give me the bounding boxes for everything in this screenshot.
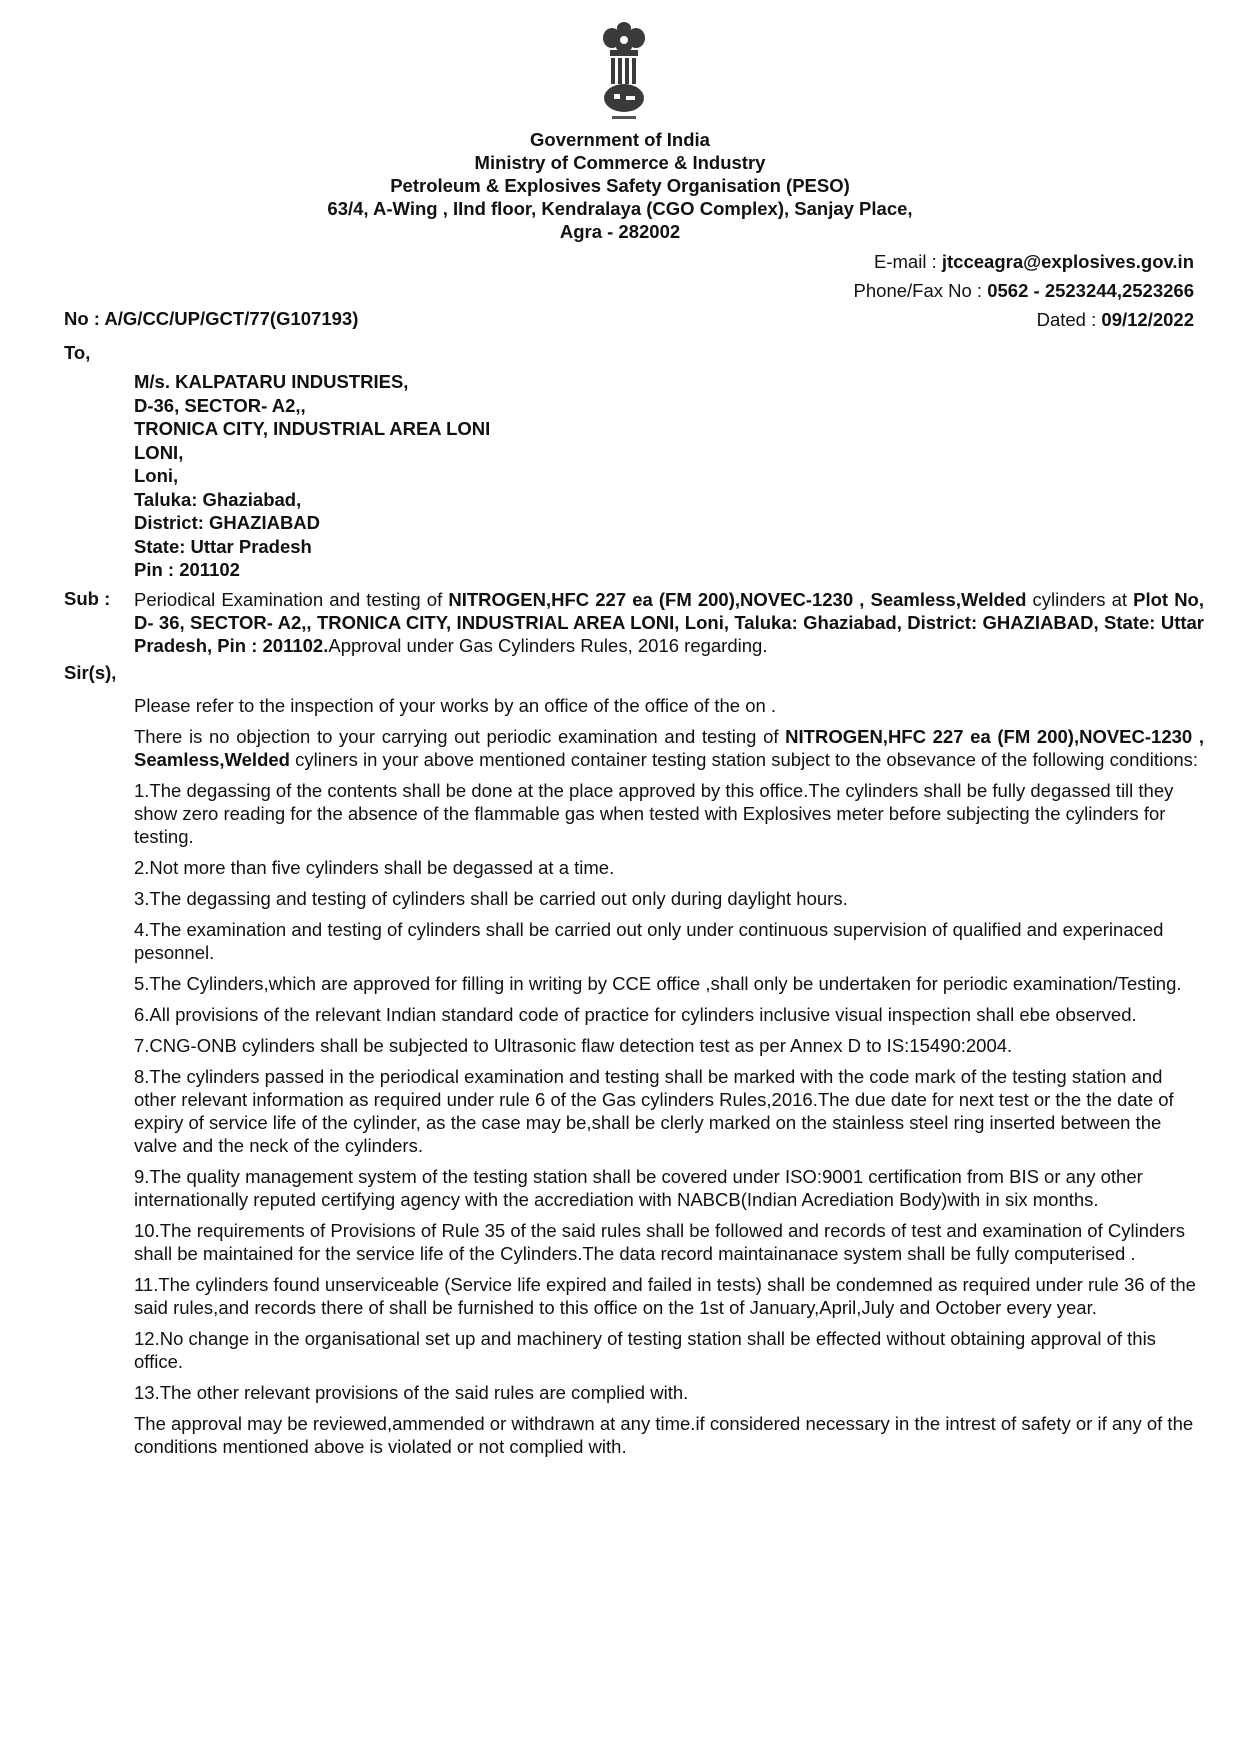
salutation: Sir(s), — [64, 662, 116, 684]
email-label: E-mail : — [874, 251, 942, 272]
condition-item: 10.The requirements of Provisions of Rul… — [134, 1219, 1204, 1265]
email-address[interactable]: jtcceagra@explosives.gov.in — [942, 251, 1194, 272]
phone-label: Phone/Fax No : — [854, 280, 988, 301]
reference-number: No : A/G/CC/UP/GCT/77(G107193) — [64, 308, 358, 330]
letter-body: Please refer to the inspection of your w… — [134, 694, 1204, 1466]
addressee-line: District: GHAZIABAD — [134, 511, 490, 535]
condition-item: 7.CNG-ONB cylinders shall be subjected t… — [134, 1034, 1204, 1057]
condition-item: 3.The degassing and testing of cylinders… — [134, 887, 1204, 910]
subject-label: Sub : — [64, 588, 110, 610]
to-label: To, — [64, 342, 90, 364]
paragraph-part: There is no objection to your carrying o… — [134, 726, 785, 747]
condition-item: 8.The cylinders passed in the periodical… — [134, 1065, 1204, 1157]
addressee-line: M/s. KALPATARU INDUSTRIES, — [134, 370, 490, 394]
condition-item: 9.The quality management system of the t… — [134, 1165, 1204, 1211]
header-ministry: Ministry of Commerce & Industry — [0, 151, 1240, 174]
condition-item: 12.No change in the organisational set u… — [134, 1327, 1204, 1373]
header-address: 63/4, A-Wing , IInd floor, Kendralaya (C… — [0, 197, 1240, 220]
addressee-line: Taluka: Ghaziabad, — [134, 488, 490, 512]
addressee-line: TRONICA CITY, INDUSTRIAL AREA LONI — [134, 417, 490, 441]
date-line: Dated : 09/12/2022 — [1037, 308, 1194, 331]
addressee-line: Pin : 201102 — [134, 558, 490, 582]
email-line: E-mail : jtcceagra@explosives.gov.in — [874, 250, 1194, 273]
subject-part: cylinders at — [1026, 589, 1133, 610]
condition-item: 2.Not more than five cylinders shall be … — [134, 856, 1204, 879]
condition-item: 6.All provisions of the relevant Indian … — [134, 1003, 1204, 1026]
condition-item: 4.The examination and testing of cylinde… — [134, 918, 1204, 964]
addressee-line: Loni, — [134, 464, 490, 488]
phone-number: 0562 - 2523244,2523266 — [987, 280, 1194, 301]
no-objection-paragraph: There is no objection to your carrying o… — [134, 725, 1204, 771]
condition-item: 5.The Cylinders,which are approved for f… — [134, 972, 1204, 995]
phone-line: Phone/Fax No : 0562 - 2523244,2523266 — [854, 279, 1194, 302]
condition-item: 13.The other relevant provisions of the … — [134, 1381, 1204, 1404]
subject-part: Periodical Examination and testing of — [134, 589, 448, 610]
header-city: Agra - 282002 — [0, 220, 1240, 243]
addressee-line: State: Uttar Pradesh — [134, 535, 490, 559]
date-label: Dated : — [1037, 309, 1102, 330]
condition-item: 1.The degassing of the contents shall be… — [134, 779, 1204, 848]
intro-paragraph: Please refer to the inspection of your w… — [134, 694, 1204, 717]
closing-paragraph: The approval may be reviewed,ammended or… — [134, 1412, 1204, 1458]
subject-gases: NITROGEN,HFC 227 ea (FM 200),NOVEC-1230 … — [448, 589, 1026, 610]
addressee-line: D-36, SECTOR- A2,, — [134, 394, 490, 418]
addressee-line: LONI, — [134, 441, 490, 465]
subject-text: Periodical Examination and testing of NI… — [134, 588, 1204, 657]
date-value: 09/12/2022 — [1101, 309, 1194, 330]
addressee-block: M/s. KALPATARU INDUSTRIES, D-36, SECTOR-… — [134, 370, 490, 582]
condition-item: 11.The cylinders found unserviceable (Se… — [134, 1273, 1204, 1319]
national-emblem-icon — [596, 18, 652, 122]
header-government: Government of India — [0, 128, 1240, 151]
paragraph-part: cyliners in your above mentioned contain… — [290, 749, 1198, 770]
subject-part: Approval under Gas Cylinders Rules, 2016… — [328, 635, 767, 656]
header-organisation: Petroleum & Explosives Safety Organisati… — [0, 174, 1240, 197]
